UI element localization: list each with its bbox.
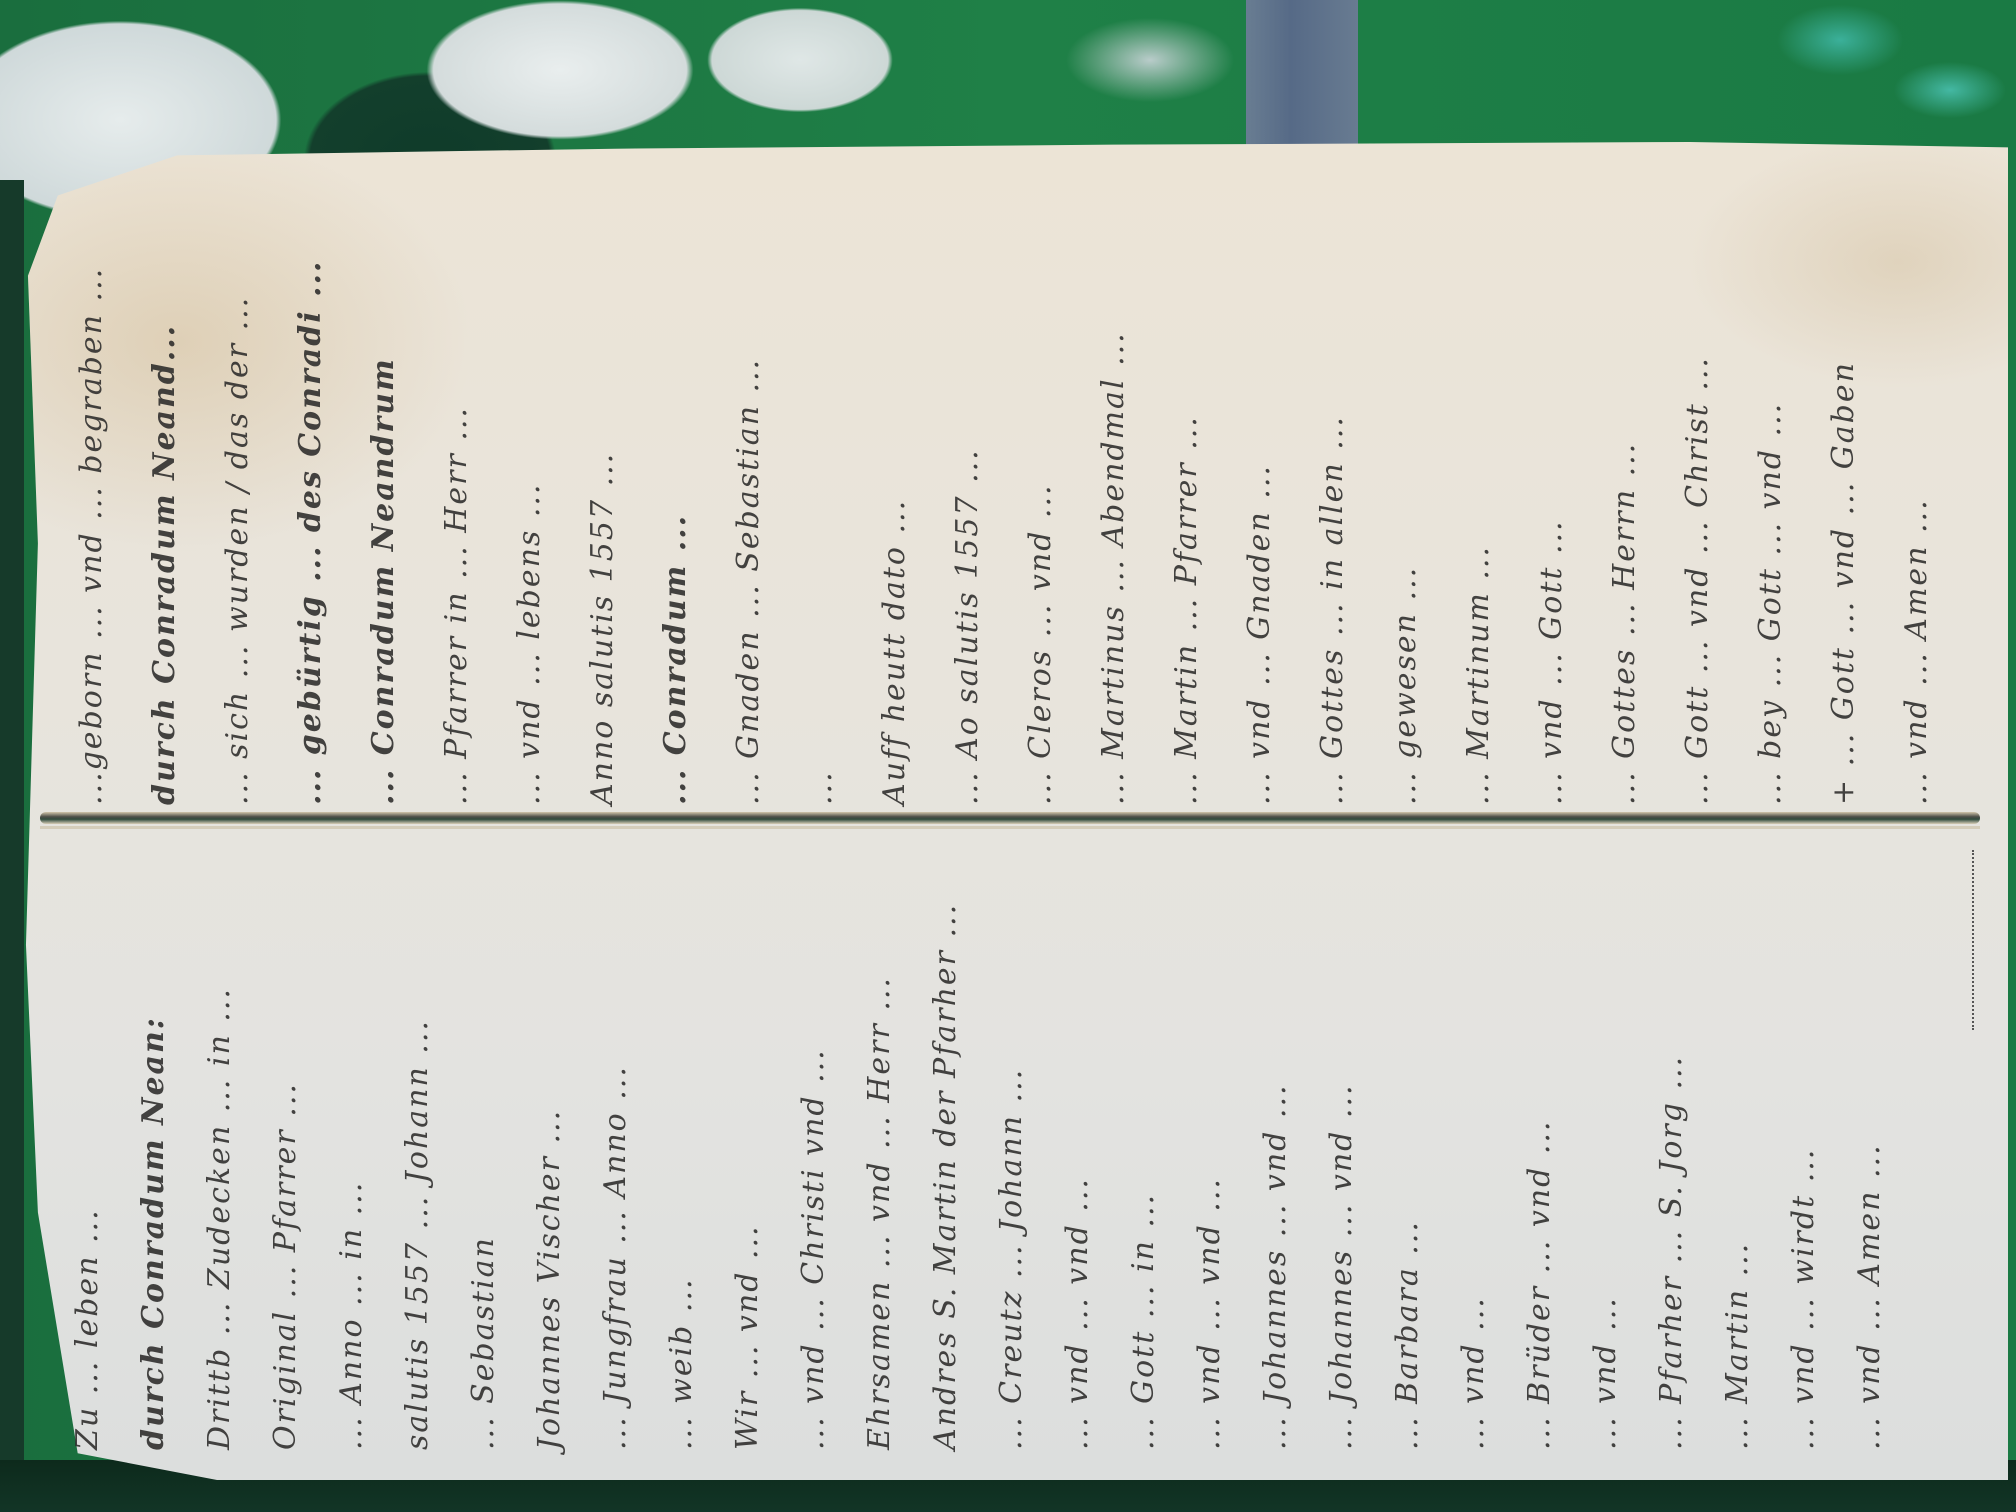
dark-surface-edge [0,180,24,1480]
manuscript-line: ... Conradum ... [639,145,712,805]
manuscript-line: ... vnd ... Gott ... [1515,145,1588,805]
manuscript-line: ... Ao salutis 1557 ... [931,145,1004,805]
manuscript-upper-lines: ...geborn ... vnd ... begraben ...durch … [55,145,1953,805]
manuscript-line: ... gewesen ... [1369,145,1442,805]
manuscript-line: ... Johannes ... vnd ... [1243,830,1309,1450]
manuscript-line: Johannes Vischer ... [517,830,583,1450]
manuscript-line: ... Gott ... in ... [1111,830,1177,1450]
manuscript-line: ... Johannes ... vnd ... [1309,830,1375,1450]
blue-gray-tape-strip [1246,0,1358,150]
manuscript-line: Drittb ... Zudecken ... in ... [187,830,253,1450]
manuscript-line: ... Jungfrau ... Anno ... [583,830,649,1450]
manuscript-line: ... Barbara ... [1375,830,1441,1450]
manuscript-line: ... Gnaden ... Sebastian ... [712,145,785,805]
manuscript-line: ... vnd ... [1573,830,1639,1450]
manuscript-line: ... Brüder ... vnd ... [1507,830,1573,1450]
manuscript-line: ...geborn ... vnd ... begraben ... [55,145,128,805]
manuscript-line: ... weib ... [649,830,715,1450]
manuscript-line: Zu ... leben ... [55,830,121,1450]
manuscript-line: Original ... Pfarrer ... [253,830,319,1450]
manuscript-line: Wir ... vnd ... [715,830,781,1450]
manuscript-line: ... vnd ... vnd ... [1045,830,1111,1450]
manuscript-line: ... vnd ... Amen ... [1880,145,1953,805]
margin-dotted-line [1972,850,1976,1030]
manuscript-line: Andres S. Martin der Pfarher ... [913,830,979,1450]
manuscript-line: durch Conradum Neand... [128,145,201,805]
manuscript-line: ... Martinus ... Abendmal ... [1077,145,1150,805]
manuscript-line: ... vnd ... Gnaden ... [1223,145,1296,805]
manuscript-line: durch Conradum Nean: [121,830,187,1450]
manuscript-lower-lines: Zu ... leben ...durch Conradum Nean:Drit… [55,830,1903,1450]
manuscript-line: ... sich ... wurden / das der ... [201,145,274,805]
manuscript-line: + ... Gott ... vnd ... Gaben [1807,145,1880,805]
manuscript-line: ... Gottes ... in allen ... [1296,145,1369,805]
fold-tear-line [40,812,1980,824]
manuscript-line: ... Conradum Neandrum [347,145,420,805]
manuscript-line: ... vnd ... vnd ... [1177,830,1243,1450]
manuscript-line: ... Cleros ... vnd ... [1004,145,1077,805]
manuscript-line: ... vnd ... Amen ... [1837,830,1903,1450]
manuscript-line: ... [785,145,858,805]
manuscript-line: ... Sebastian [451,830,517,1450]
manuscript-line: Anno salutis 1557 ... [566,145,639,805]
manuscript-line: ... Pfarrer in ... Herr ... [420,145,493,805]
manuscript-line: ... Creutz ... Johann ... [979,830,1045,1450]
manuscript-line: ... Martin ... [1705,830,1771,1450]
manuscript-line: ... Martinum ... [1442,145,1515,805]
manuscript-line: ... Gott ... vnd ... Christ ... [1661,145,1734,805]
manuscript-line: Ehrsamen ... vnd ... Herr ... [847,830,913,1450]
manuscript-line: ... Gottes ... Herrn ... [1588,145,1661,805]
manuscript-line: ... gebürtig ... des Conradi ... [274,145,347,805]
manuscript-line: ... Pfarher ... S. Jorg ... [1639,830,1705,1450]
manuscript-line: salutis 1557 ... Johann ... [385,830,451,1450]
manuscript-line: ... vnd ... lebens ... [493,145,566,805]
manuscript-line: Auff heutt dato ... [858,145,931,805]
manuscript-line: ... Anno ... in ... [319,830,385,1450]
manuscript-line: ... Martin ... Pfarrer ... [1150,145,1223,805]
manuscript-line: ... vnd ... wirdt ... [1771,830,1837,1450]
manuscript-line: ... vnd ... [1441,830,1507,1450]
manuscript-line: ... bey ... Gott ... vnd ... [1734,145,1807,805]
manuscript-line: ... vnd ... Christi vnd ... [781,830,847,1450]
fold-crease [40,826,1980,829]
